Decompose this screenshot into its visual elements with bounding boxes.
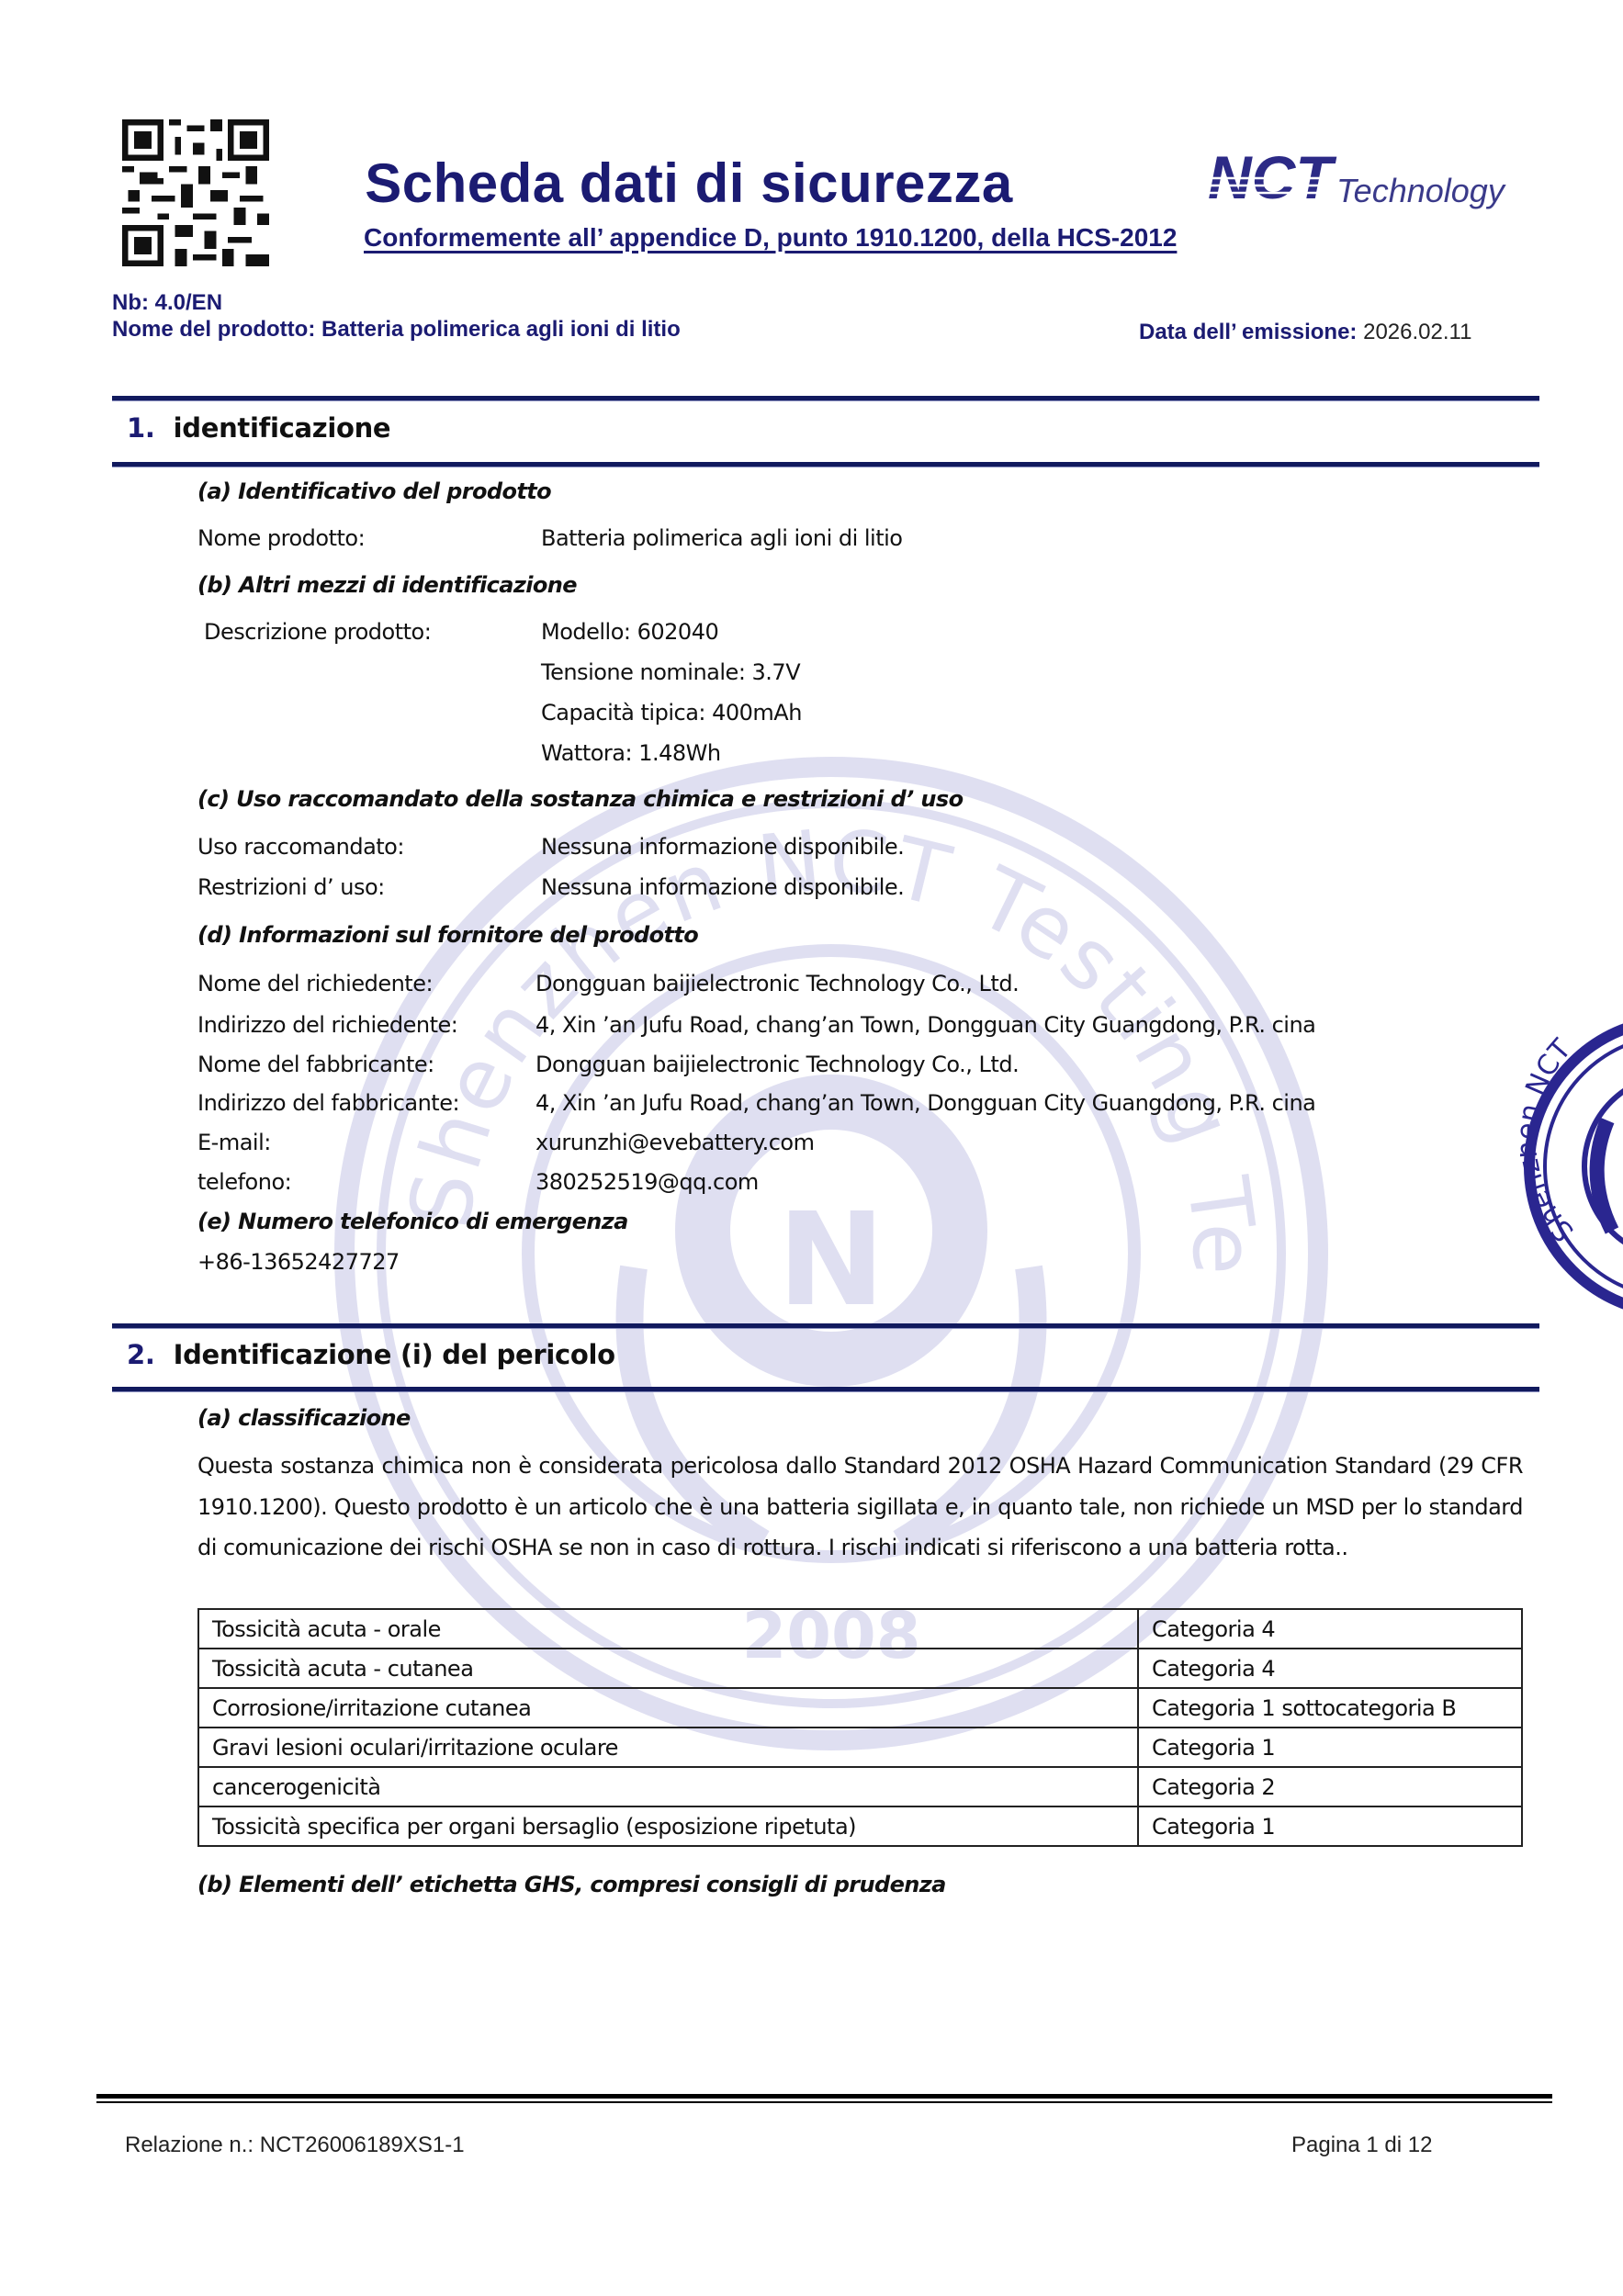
issue-date-value: 2026.02.11 bbox=[1363, 320, 1471, 344]
hazard-cell: cancerogenicità bbox=[198, 1767, 1138, 1806]
document-title: Scheda dati di sicurezza bbox=[0, 152, 1378, 215]
field-label: telefono: bbox=[197, 1169, 291, 1195]
section-title: identificazione bbox=[174, 412, 391, 444]
phone-value: 380252519@qq.com bbox=[535, 1169, 759, 1195]
category-cell: Categoria 1 bbox=[1138, 1728, 1522, 1767]
field-label: Nome del richiedente: bbox=[197, 971, 433, 996]
field-label: Nome prodotto: bbox=[197, 525, 365, 551]
svg-text:Shenzhen NCT: Shenzhen NCT bbox=[1520, 1033, 1581, 1248]
issue-date-line: Data dell’ emissione: 2026.02.11 bbox=[1139, 320, 1471, 345]
page-number: Pagina 1 di 12 bbox=[1291, 2133, 1432, 2158]
company-stamp-icon: Shenzhen NCT bbox=[1520, 1010, 1623, 1322]
field-value: Modello: 602040 bbox=[541, 619, 718, 645]
field-label: Restrizioni d’ uso: bbox=[197, 874, 385, 900]
subsection-b-title: (b) Altri mezzi di identificazione bbox=[197, 572, 577, 598]
report-number: Relazione n.: NCT26006189XS1-1 bbox=[125, 2133, 465, 2158]
footer-divider bbox=[96, 2101, 1552, 2103]
field-value: Nessuna informazione disponibile. bbox=[541, 874, 904, 900]
category-cell: Categoria 4 bbox=[1138, 1609, 1522, 1649]
subsection-e-title: (e) Numero telefonico di emergenza bbox=[197, 1209, 628, 1234]
table-row: cancerogenicitàCategoria 2 bbox=[198, 1767, 1522, 1806]
section-1-heading: 1.identificazione bbox=[127, 412, 390, 444]
footer-divider bbox=[96, 2094, 1552, 2099]
field-value: Wattora: 1.48Wh bbox=[541, 740, 721, 766]
table-row: Tossicità acuta - cutaneaCategoria 4 bbox=[198, 1649, 1522, 1688]
field-label: E-mail: bbox=[197, 1130, 271, 1155]
section-divider bbox=[112, 396, 1539, 401]
product-name-label: Nome del prodotto: bbox=[112, 317, 315, 342]
subsection-d-title: (d) Informazioni sul fornitore del prodo… bbox=[197, 922, 698, 948]
field-label: Descrizione prodotto: bbox=[204, 619, 431, 645]
section-number: 1. bbox=[127, 412, 155, 444]
section-title: Identificazione (i) del pericolo bbox=[174, 1339, 615, 1370]
hazard-cell: Tossicità acuta - orale bbox=[198, 1609, 1138, 1649]
classification-paragraph: Questa sostanza chimica non è considerat… bbox=[197, 1446, 1523, 1569]
field-label: Nome del fabbricante: bbox=[197, 1052, 434, 1077]
field-label: Indirizzo del richiedente: bbox=[197, 1012, 457, 1038]
hazard-cell: Gravi lesioni oculari/irritazione ocular… bbox=[198, 1728, 1138, 1767]
table-row: Tossicità acuta - oraleCategoria 4 bbox=[198, 1609, 1522, 1649]
field-label: Indirizzo del fabbricante: bbox=[197, 1090, 459, 1116]
email-value: xurunzhi@evebattery.com bbox=[535, 1130, 814, 1155]
product-name-value: Batteria polimerica agli ioni di litio bbox=[321, 317, 681, 342]
field-value: 4, Xin ’an Jufu Road, chang’an Town, Don… bbox=[535, 1090, 1315, 1116]
table-row: Tossicità specifica per organi bersaglio… bbox=[198, 1806, 1522, 1846]
field-value: Tensione nominale: 3.7V bbox=[541, 659, 800, 685]
subsection-b-title: (b) Elementi dell’ etichetta GHS, compre… bbox=[197, 1872, 946, 1897]
document-subtitle: Conformemente all’ appendice D, punto 19… bbox=[364, 223, 1177, 253]
hazard-classification-table: Tossicità acuta - oraleCategoria 4 Tossi… bbox=[197, 1608, 1523, 1847]
section-divider bbox=[112, 1323, 1539, 1329]
product-name-line: Nome del prodotto: Batteria polimerica a… bbox=[112, 317, 681, 343]
hazard-cell: Tossicità acuta - cutanea bbox=[198, 1649, 1138, 1688]
field-value: 4, Xin ’an Jufu Road, chang’an Town, Don… bbox=[535, 1012, 1315, 1038]
field-value: Nessuna informazione disponibile. bbox=[541, 834, 904, 860]
svg-text:N: N bbox=[777, 1186, 885, 1335]
table-row: Gravi lesioni oculari/irritazione ocular… bbox=[198, 1728, 1522, 1767]
section-divider bbox=[112, 462, 1539, 467]
emergency-phone-value: +86-13652427727 bbox=[197, 1249, 400, 1275]
category-cell: Categoria 1 sottocategoria B bbox=[1138, 1688, 1522, 1728]
field-value: Batteria polimerica agli ioni di litio bbox=[541, 525, 903, 551]
watermark-seal-icon: Shenzhen NCT Testing Technology Co.,Ltd.… bbox=[331, 753, 1332, 1754]
category-cell: Categoria 2 bbox=[1138, 1767, 1522, 1806]
section-2-heading: 2.Identificazione (i) del pericolo bbox=[127, 1339, 615, 1370]
subsection-a-title: (a) Identificativo del prodotto bbox=[197, 478, 551, 504]
subsection-a-title: (a) classificazione bbox=[197, 1405, 411, 1431]
hazard-cell: Tossicità specifica per organi bersaglio… bbox=[198, 1806, 1138, 1846]
hazard-cell: Corrosione/irritazione cutanea bbox=[198, 1688, 1138, 1728]
category-cell: Categoria 4 bbox=[1138, 1649, 1522, 1688]
category-cell: Categoria 1 bbox=[1138, 1806, 1522, 1846]
subsection-c-title: (c) Uso raccomandato della sostanza chim… bbox=[197, 786, 963, 812]
issue-date-label: Data dell’ emissione: bbox=[1139, 320, 1357, 344]
table-row: Corrosione/irritazione cutaneaCategoria … bbox=[198, 1688, 1522, 1728]
section-divider bbox=[112, 1387, 1539, 1392]
nct-technology-logo-icon: NCT Technology bbox=[1208, 147, 1511, 213]
field-value: Dongguan baijielectronic Technology Co.,… bbox=[535, 1052, 1019, 1077]
field-value: Capacità tipica: 400mAh bbox=[541, 700, 802, 726]
field-value: Dongguan baijielectronic Technology Co.,… bbox=[535, 971, 1019, 996]
document-number: Nb: 4.0/EN bbox=[112, 290, 222, 316]
section-number: 2. bbox=[127, 1339, 155, 1370]
svg-text:Technology: Technology bbox=[1336, 172, 1506, 209]
field-label: Uso raccomandato: bbox=[197, 834, 404, 860]
